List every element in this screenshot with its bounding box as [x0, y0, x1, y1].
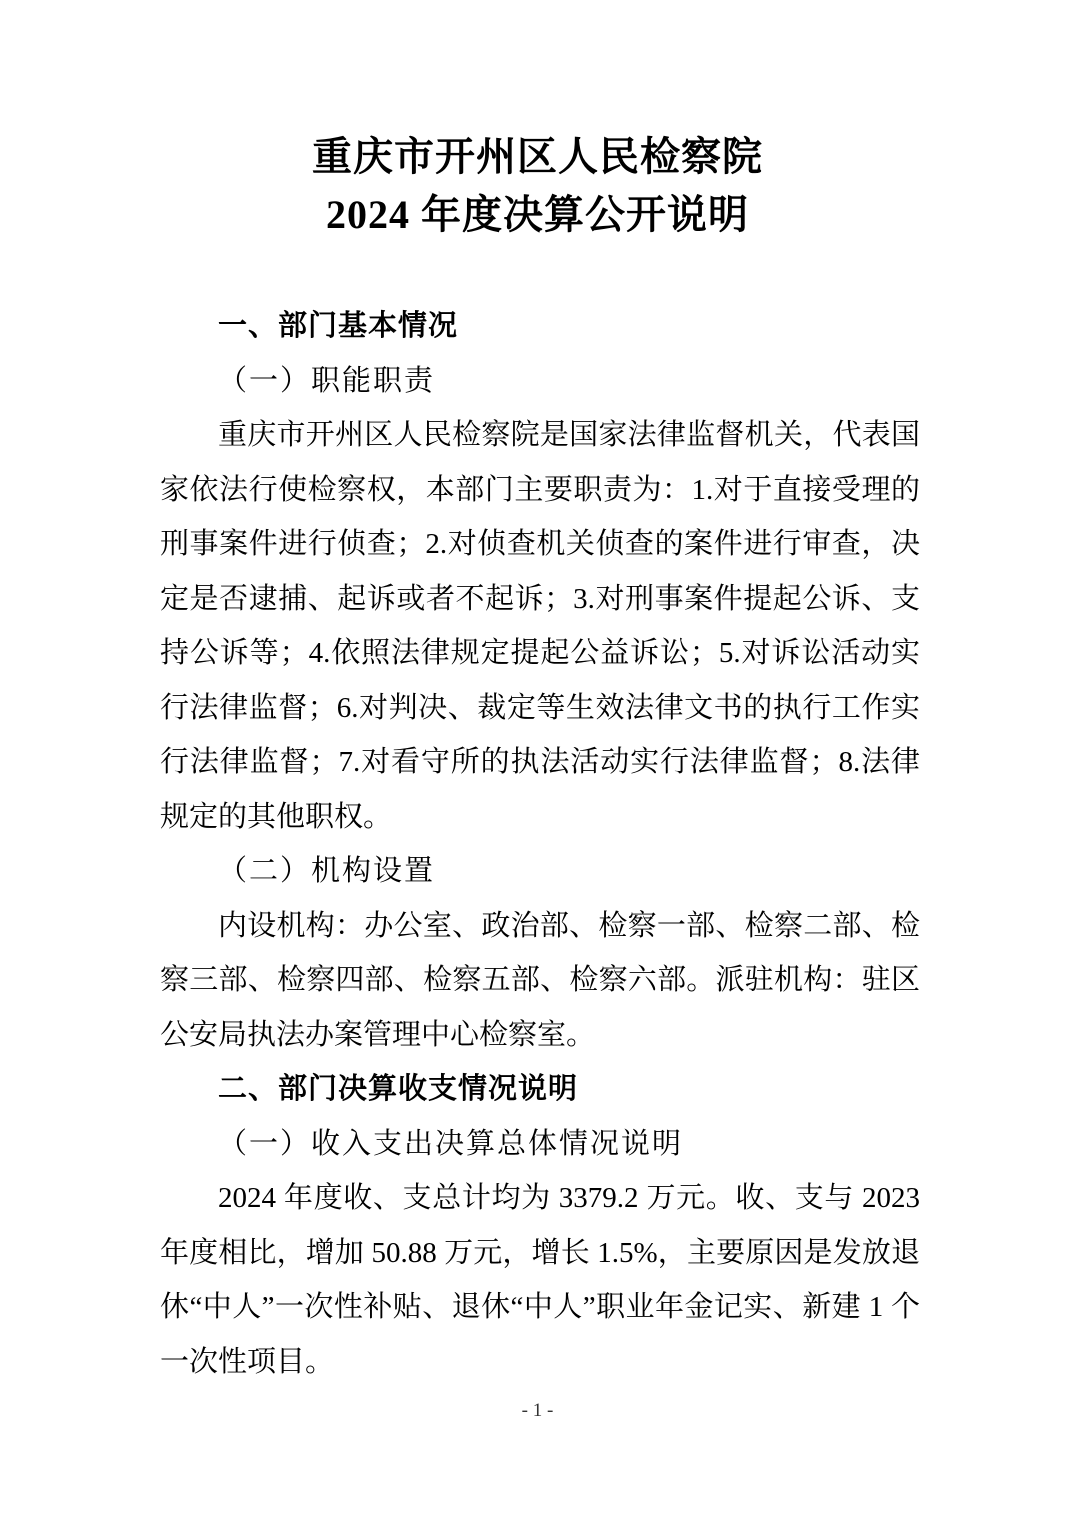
paragraph-line: 行法律监督；6.对判决、裁定等生效法律文书的执行工作实: [160, 681, 920, 736]
page-number: - 1 -: [0, 1400, 1075, 1422]
paragraph-line: 刑事案件进行侦查；2.对侦查机关侦查的案件进行审查，决: [160, 517, 920, 572]
paragraph-line: 察三部、检察四部、检察五部、检察六部。派驻机构：驻区: [160, 953, 920, 1008]
subsection-heading-2-1: （一）收入支出决算总体情况说明: [160, 1117, 920, 1172]
paragraph-line: 一次性项目。: [160, 1335, 920, 1390]
paragraph-line: 定是否逮捕、起诉或者不起诉；3.对刑事案件提起公诉、支: [160, 572, 920, 627]
paragraph-line: 家依法行使检察权，本部门主要职责为：1.对于直接受理的: [160, 463, 920, 518]
paragraph-line: 公安局执法办案管理中心检察室。: [160, 1008, 920, 1063]
section-heading-2: 二、部门决算收支情况说明: [160, 1062, 920, 1117]
document-title: 重庆市开州区人民检察院 2024 年度决算公开说明: [0, 128, 1075, 244]
document-page: 重庆市开州区人民检察院 2024 年度决算公开说明 一、部门基本情况 （一）职能…: [0, 0, 1075, 1520]
paragraph-line: 规定的其他职权。: [160, 790, 920, 845]
paragraph-line: 2024 年度收、支总计均为 3379.2 万元。收、支与 2023: [160, 1171, 920, 1226]
document-body: 一、部门基本情况 （一）职能职责 重庆市开州区人民检察院是国家法律监督机关，代表…: [160, 299, 920, 1389]
title-line-1: 重庆市开州区人民检察院: [0, 128, 1075, 186]
title-line-2: 2024 年度决算公开说明: [0, 186, 1075, 244]
paragraph-line: 年度相比，增加 50.88 万元，增长 1.5%，主要原因是发放退: [160, 1226, 920, 1281]
paragraph-line: 行法律监督；7.对看守所的执法活动实行法律监督；8.法律: [160, 735, 920, 790]
section-heading-1: 一、部门基本情况: [160, 299, 920, 354]
paragraph-line: 休“中人”一次性补贴、退休“中人”职业年金记实、新建 1 个: [160, 1280, 920, 1335]
subsection-heading-1-2: （二）机构设置: [160, 844, 920, 899]
paragraph-line: 内设机构：办公室、政治部、检察一部、检察二部、检: [160, 899, 920, 954]
paragraph-line: 持公诉等；4.依照法律规定提起公益诉讼；5.对诉讼活动实: [160, 626, 920, 681]
paragraph-line: 重庆市开州区人民检察院是国家法律监督机关，代表国: [160, 408, 920, 463]
subsection-heading-1-1: （一）职能职责: [160, 354, 920, 409]
